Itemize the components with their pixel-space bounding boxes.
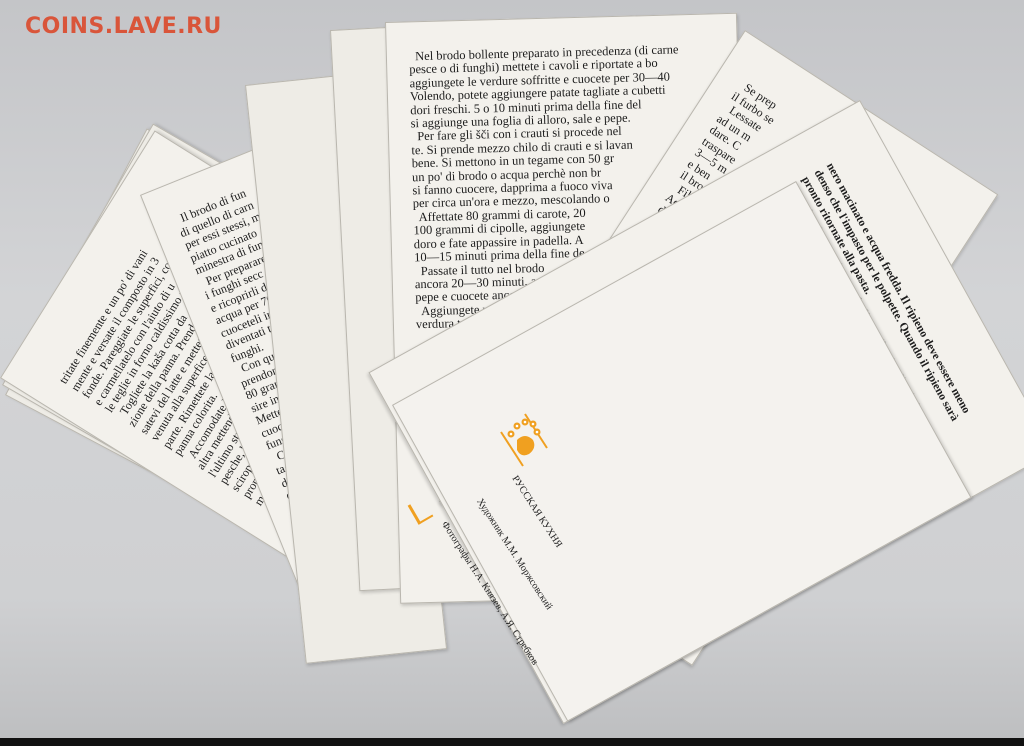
site-watermark: COINS.LAVE.RU: [25, 14, 222, 39]
sun-flower-emblem-icon: [495, 410, 555, 470]
scan-border-bottom: [0, 738, 1024, 746]
cover-artist: Художник М.М. Моржсовский: [473, 496, 577, 645]
cover-title: РУССКАЯ КУХНЯ: [508, 473, 612, 622]
front-cover-content: РУССКАЯ КУХНЯ Художник М.М. Моржсовский …: [495, 410, 695, 610]
